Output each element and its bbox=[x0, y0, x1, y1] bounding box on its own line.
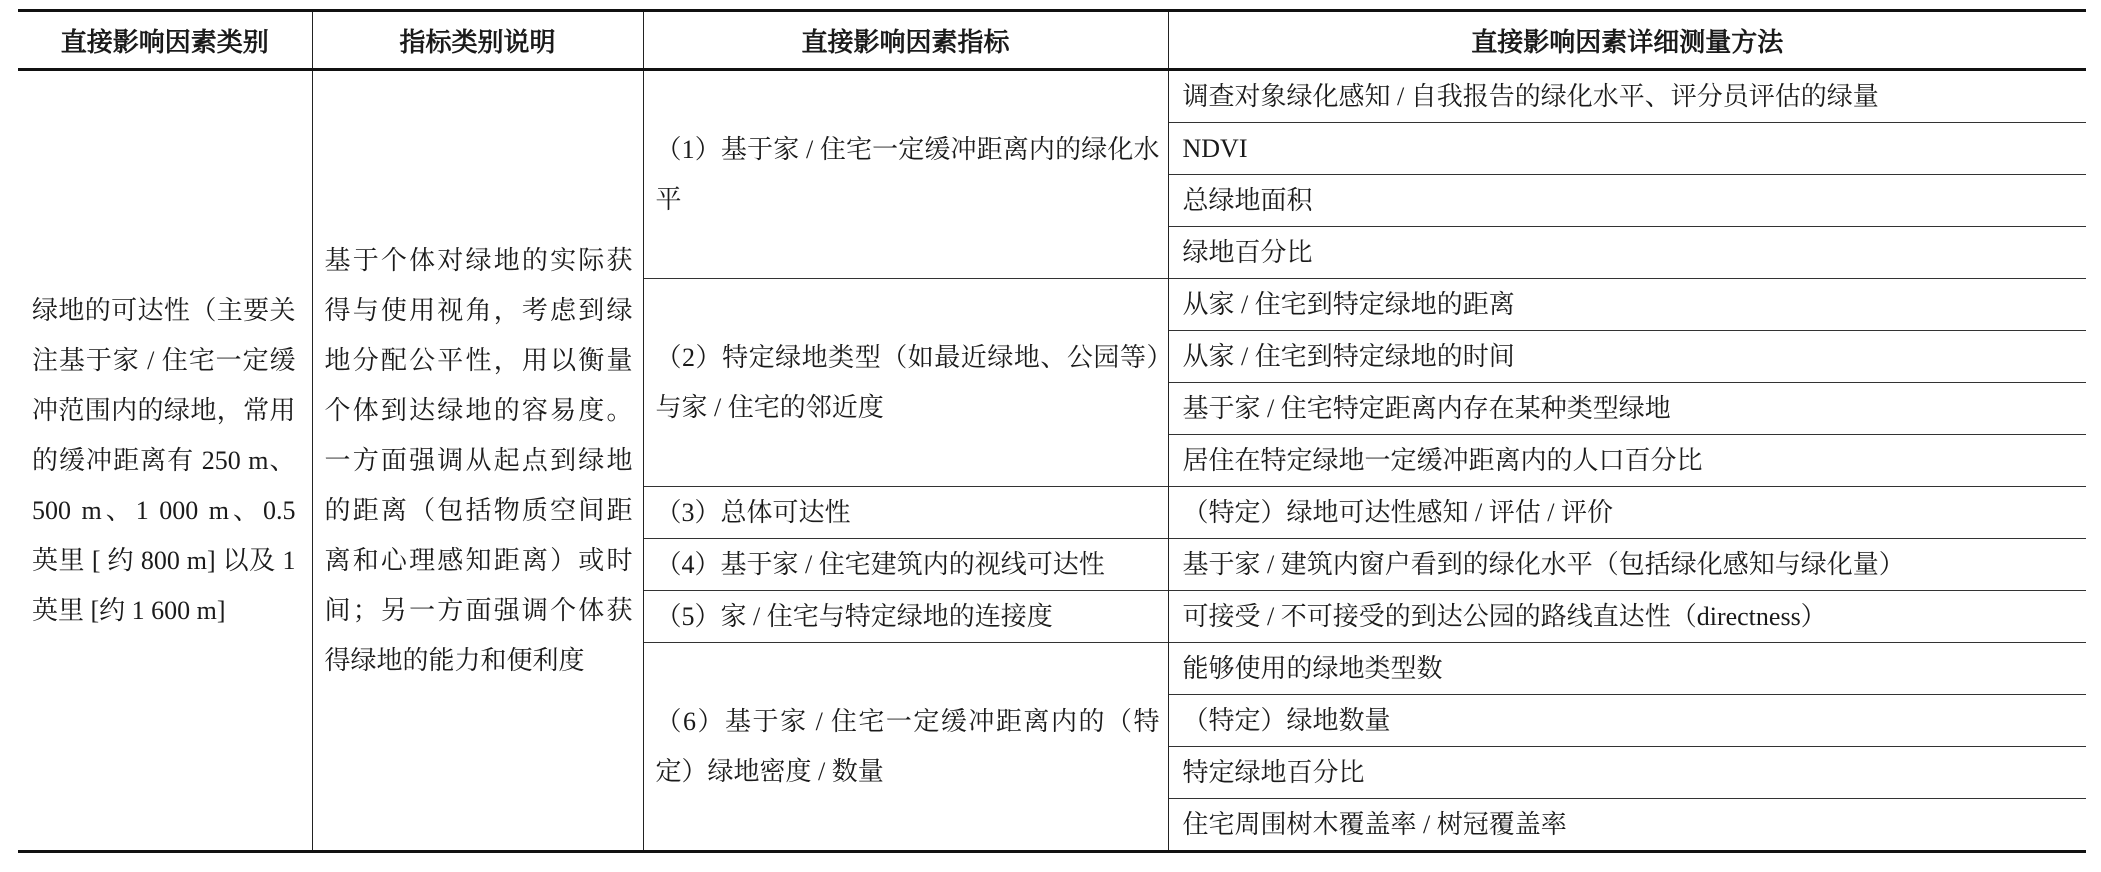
indicator-label: （4）基于家 / 住宅建筑内的视线可达性 bbox=[656, 540, 1160, 590]
method-cell: 基于家 / 住宅特定距离内存在某种类型绿地 bbox=[1168, 383, 2086, 435]
method-cell: 绿地百分比 bbox=[1168, 227, 2086, 279]
method-cell: 居住在特定绿地一定缓冲距离内的人口百分比 bbox=[1168, 435, 2086, 487]
method-cell: 调查对象绿化感知 / 自我报告的绿化水平、评分员评估的绿量 bbox=[1168, 70, 2086, 123]
method-cell: （特定）绿地数量 bbox=[1168, 695, 2086, 747]
description-text: 基于个体对绿地的实际获得与使用视角，考虑到绿地分配公平性，用以衡量个体到达绿地的… bbox=[325, 236, 633, 686]
method-cell: 基于家 / 建筑内窗户看到的绿化水平（包括绿化感知与绿化量） bbox=[1168, 539, 2086, 591]
method-cell: 特定绿地百分比 bbox=[1168, 747, 2086, 799]
indicator-label: （1）基于家 / 住宅一定缓冲距离内的绿化水平 bbox=[656, 125, 1160, 225]
method-cell: （特定）绿地可达性感知 / 评估 / 评价 bbox=[1168, 487, 2086, 539]
indicator-cell-3: （3）总体可达性 bbox=[643, 487, 1168, 539]
indicator-cell-4: （4）基于家 / 住宅建筑内的视线可达性 bbox=[643, 539, 1168, 591]
table-row: 绿地的可达性（主要关注基于家 / 住宅一定缓冲范围内的绿地，常用的缓冲距离有 2… bbox=[18, 70, 2086, 123]
header-measurement-method: 直接影响因素详细测量方法 bbox=[1168, 11, 2086, 70]
header-row: 直接影响因素类别 指标类别说明 直接影响因素指标 直接影响因素详细测量方法 bbox=[18, 11, 2086, 70]
method-cell: 从家 / 住宅到特定绿地的距离 bbox=[1168, 279, 2086, 331]
indicator-cell-5: （5）家 / 住宅与特定绿地的连接度 bbox=[643, 591, 1168, 643]
method-cell: 能够使用的绿地类型数 bbox=[1168, 643, 2086, 695]
header-factor-category: 直接影响因素类别 bbox=[18, 11, 312, 70]
category-cell: 绿地的可达性（主要关注基于家 / 住宅一定缓冲范围内的绿地，常用的缓冲距离有 2… bbox=[18, 70, 312, 852]
method-cell: 从家 / 住宅到特定绿地的时间 bbox=[1168, 331, 2086, 383]
header-factor-indicator: 直接影响因素指标 bbox=[643, 11, 1168, 70]
header-indicator-description: 指标类别说明 bbox=[312, 11, 643, 70]
indicator-label: （5）家 / 住宅与特定绿地的连接度 bbox=[656, 592, 1160, 642]
category-text: 绿地的可达性（主要关注基于家 / 住宅一定缓冲范围内的绿地，常用的缓冲距离有 2… bbox=[32, 286, 296, 636]
description-cell: 基于个体对绿地的实际获得与使用视角，考虑到绿地分配公平性，用以衡量个体到达绿地的… bbox=[312, 70, 643, 852]
indicator-label: （3）总体可达性 bbox=[656, 488, 1160, 538]
green-space-accessibility-table: 直接影响因素类别 指标类别说明 直接影响因素指标 直接影响因素详细测量方法 绿地… bbox=[18, 9, 2086, 853]
indicator-label: （6）基于家 / 住宅一定缓冲距离内的（特定）绿地密度 / 数量 bbox=[656, 697, 1160, 797]
method-cell: 住宅周围树木覆盖率 / 树冠覆盖率 bbox=[1168, 799, 2086, 852]
method-cell: 总绿地面积 bbox=[1168, 175, 2086, 227]
method-cell: 可接受 / 不可接受的到达公园的路线直达性（directness） bbox=[1168, 591, 2086, 643]
method-cell: NDVI bbox=[1168, 123, 2086, 175]
indicator-label: （2）特定绿地类型（如最近绿地、公园等）与家 / 住宅的邻近度 bbox=[656, 333, 1160, 433]
indicator-cell-1: （1）基于家 / 住宅一定缓冲距离内的绿化水平 bbox=[643, 70, 1168, 279]
indicator-cell-6: （6）基于家 / 住宅一定缓冲距离内的（特定）绿地密度 / 数量 bbox=[643, 643, 1168, 852]
indicator-cell-2: （2）特定绿地类型（如最近绿地、公园等）与家 / 住宅的邻近度 bbox=[643, 279, 1168, 487]
